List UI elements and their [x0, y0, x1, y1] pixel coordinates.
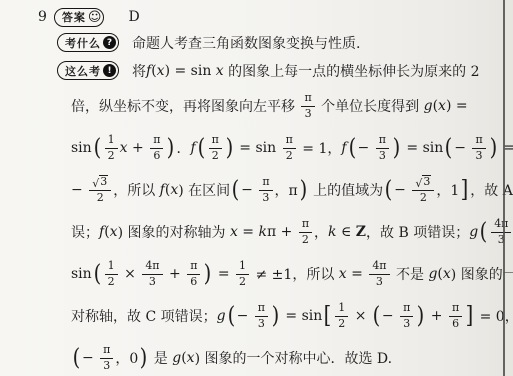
- fraction: π2: [209, 134, 222, 162]
- solution-line: 误；f(x) 图象的对称轴为 x = kπ + π2，k ∈ Z，故 B 项错误…: [0, 211, 513, 253]
- bracket: ): [299, 179, 307, 202]
- fraction: π3: [100, 344, 113, 372]
- answer-row: 9 答案 ☺ D: [0, 5, 513, 29]
- text-token: 个单位长度得到: [317, 96, 424, 116]
- solution-line: (− π3，0) 是 g(x) 图象的一个对称中心．故选 D.: [0, 337, 513, 376]
- text-token: 倍，纵坐标不变，再将图象向左平移: [71, 96, 299, 116]
- solution-line: 对称轴，故 C 项错误；g(− π3) = sin[12 × (− π3) + …: [0, 295, 513, 337]
- bracket: (: [197, 137, 205, 160]
- math-var: x: [187, 350, 195, 366]
- solution-line: sin(12 × 4π3 + π6) = 12 ≠ ±1，所以 x = 4π3 …: [0, 253, 513, 295]
- text-token: −: [358, 140, 374, 156]
- answer-badge-label: 答案: [62, 9, 86, 25]
- text-token: ，故 B 项错误；: [366, 222, 469, 242]
- text-token: −: [382, 308, 398, 324]
- fraction: π3: [400, 302, 413, 330]
- what-tested-row: 考什么 ? 命题人考查三角函数图象变换与性质.: [0, 29, 513, 56]
- bracket: ): [204, 263, 212, 286]
- question-number: 9: [38, 9, 47, 25]
- bracket: ]: [466, 305, 474, 328]
- math-var: x: [339, 266, 347, 282]
- text-token: ≠ ±1，所以: [251, 264, 339, 284]
- text-token: +: [426, 308, 447, 324]
- text-token: 将: [132, 61, 146, 81]
- text-token: 不是: [392, 264, 429, 284]
- how-tested-row: 这么考 ! 将f(x) = sin x 的图象上每一点的横坐标伸长为原来的 2: [0, 56, 513, 85]
- text-token: = 1，: [298, 138, 342, 158]
- bracket: (: [73, 347, 81, 370]
- math-var: g: [469, 224, 478, 240]
- text-token: sin: [71, 266, 92, 282]
- scanned-solution-page: 9 答案 ☺ D 考什么 ? 命题人考查三角函数图象变换与性质. 这么考 ! 将…: [0, 0, 513, 376]
- text-token: −: [454, 140, 470, 156]
- solution-line: sin(12x + π6)．f(π2) = sin π2 = 1，f(− π3)…: [0, 127, 513, 169]
- solution-line: 将f(x) = sin x 的图象上每一点的横坐标伸长为原来的 2: [132, 56, 480, 85]
- math-var: x: [157, 63, 165, 79]
- math-var: f: [190, 140, 195, 156]
- math-var: g: [217, 308, 226, 324]
- bracket: ): [417, 305, 425, 328]
- solution-line: 倍，纵坐标不变，再将图象向左平移 π3 个单位长度得到 g(x) =: [0, 85, 513, 127]
- bracket: (: [232, 179, 240, 202]
- exam-point-text: 命题人考查三角函数图象变换与性质.: [132, 33, 360, 53]
- math-var: x: [170, 182, 178, 198]
- text-token: =: [213, 266, 234, 282]
- math-var: k: [328, 224, 336, 240]
- text-token: = sin: [402, 140, 443, 156]
- fraction: π3: [376, 134, 389, 162]
- text-token: 对称轴，故 C 项错误；: [71, 306, 217, 326]
- fraction: √32: [412, 175, 434, 204]
- text-token: +: [128, 140, 149, 156]
- math-var: x: [230, 224, 238, 240]
- bracket: ): [272, 305, 280, 328]
- page-edge-line: [503, 0, 505, 376]
- bracket: ): [167, 137, 175, 160]
- bracket: ): [393, 137, 401, 160]
- fraction: 12: [335, 302, 348, 330]
- text-token: ，π: [275, 180, 298, 200]
- bracket: (: [385, 179, 393, 202]
- fraction: 12: [105, 260, 118, 288]
- text-token: ×: [350, 308, 371, 324]
- fraction: 12: [236, 260, 249, 288]
- solution-line: − √32，所以 f(x) 在区间(− π3，π) 上的值域为(− √32，1]…: [0, 169, 513, 211]
- math-var: x: [110, 224, 118, 240]
- text-token: = 0，所以: [475, 306, 513, 326]
- text-token: ) = sin: [165, 63, 216, 79]
- text-token: −: [237, 308, 253, 324]
- text-token: ) =: [446, 98, 468, 114]
- text-token: =: [238, 224, 259, 240]
- math-var: x: [443, 266, 451, 282]
- fraction: π6: [187, 260, 200, 288]
- bracket: (: [373, 305, 381, 328]
- fraction: π2: [299, 218, 312, 246]
- math-var: g: [428, 266, 437, 282]
- math-var: f: [341, 140, 346, 156]
- math-var: k: [258, 224, 266, 240]
- bracket: [: [324, 305, 332, 328]
- text-token: 上的值域为: [309, 180, 383, 200]
- fraction: π3: [472, 134, 485, 162]
- text-token: =: [347, 266, 368, 282]
- text-token: ，1: [436, 180, 459, 200]
- bracket: ): [226, 137, 234, 160]
- fraction: 4π3: [369, 260, 389, 288]
- how-tested-badge: 这么考 !: [57, 61, 119, 80]
- text-token: =: [499, 140, 513, 156]
- fraction: π3: [259, 176, 272, 204]
- text-token: ，故 A 项错: [470, 180, 513, 200]
- exclamation-icon: !: [103, 64, 116, 77]
- answer-letter: D: [128, 9, 139, 25]
- text-token: ×: [120, 266, 141, 282]
- text-token: π +: [267, 224, 297, 240]
- math-var: x: [216, 63, 224, 79]
- text-token: ，: [314, 222, 328, 242]
- fraction: π2: [283, 134, 296, 162]
- text-token: ) 图象的对称轴为: [118, 222, 230, 242]
- fraction: π3: [255, 302, 268, 330]
- smiley-icon: ☺: [88, 11, 102, 24]
- bracket: ]: [461, 179, 469, 202]
- text-token: −: [394, 182, 410, 198]
- text-token: −: [71, 182, 87, 198]
- fraction: π6: [150, 134, 163, 162]
- bracket: (: [227, 305, 235, 328]
- math-var: x: [120, 140, 128, 156]
- fraction: π6: [449, 302, 462, 330]
- bracket: ): [140, 347, 148, 370]
- text-token: −: [82, 350, 98, 366]
- question-mark-icon: ?: [103, 36, 116, 49]
- math-var: g: [424, 98, 433, 114]
- text-token: ，0: [115, 348, 138, 368]
- fraction: 12: [105, 134, 118, 162]
- math-var: x: [438, 98, 446, 114]
- bracket: (: [480, 221, 488, 244]
- text-token: 误；: [71, 222, 99, 242]
- text-token: ．: [176, 138, 190, 158]
- text-token: 是: [149, 348, 172, 368]
- bracket: (: [445, 137, 453, 160]
- fraction: 4π3: [142, 260, 162, 288]
- text-token: ) 在区间: [178, 180, 230, 200]
- what-tested-badge: 考什么 ?: [57, 33, 119, 52]
- bold-symbol: Z: [356, 224, 366, 240]
- text-token: = sin: [235, 140, 281, 156]
- answer-badge: 答案 ☺: [54, 8, 105, 27]
- text-token: ，所以: [113, 180, 159, 200]
- text-token: 的图象上每一点的横坐标伸长为原来的 2: [224, 61, 480, 81]
- text-token: +: [165, 266, 186, 282]
- text-token: −: [241, 182, 257, 198]
- bracket: (: [93, 263, 101, 286]
- math-var: g: [172, 350, 181, 366]
- how-tested-badge-label: 这么考: [65, 63, 101, 79]
- text-token: = sin: [281, 308, 322, 324]
- bracket: (: [348, 137, 356, 160]
- solution-lines: 倍，纵坐标不变，再将图象向左平移 π3 个单位长度得到 g(x) =sin(12…: [0, 85, 513, 376]
- text-token: ) 图象的一个对称中心．故选 D.: [195, 348, 393, 368]
- what-tested-badge-label: 考什么: [65, 35, 101, 51]
- fraction: π3: [301, 92, 314, 120]
- bracket: (: [93, 137, 101, 160]
- fraction: 4π3: [491, 218, 511, 246]
- text-token: sin: [71, 140, 92, 156]
- fraction: √32: [89, 175, 111, 204]
- bracket: ): [489, 137, 497, 160]
- text-token: ∈: [337, 224, 356, 240]
